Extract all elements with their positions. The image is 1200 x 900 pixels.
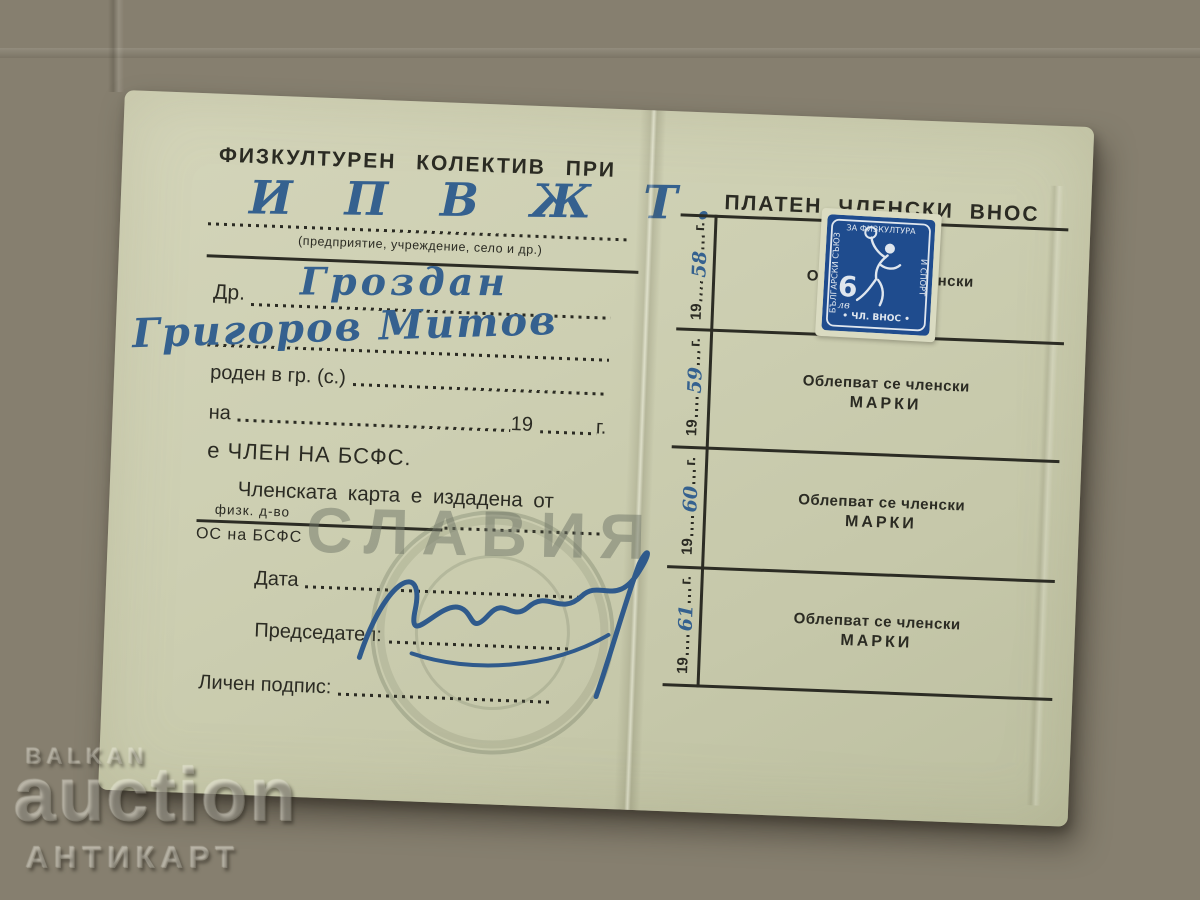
year-cell-1959: 1959г.: [678, 326, 705, 449]
year-suffix: г.: [596, 416, 607, 439]
background-crease-vertical: [108, 0, 124, 92]
date-row: на 19 г.: [208, 401, 607, 439]
stamp-right-text: И СПОРТ: [917, 259, 929, 297]
year-prefix: 19: [683, 419, 701, 436]
year-prefix: 19: [688, 303, 706, 320]
date-dotted-line: [238, 419, 511, 432]
on-label: на: [208, 401, 231, 425]
year-suffix: г.: [687, 338, 704, 348]
card-left-page: ФИЗКУЛТУРЕН КОЛЕКТИВ ПРИ И П В Ж Т. (пре…: [125, 90, 1094, 127]
stamps-word: МАРКИ: [840, 632, 912, 653]
member-family-name-handwritten: Григоров Митов: [131, 297, 558, 357]
year-dots: [695, 395, 699, 417]
background-crease-horizontal: [0, 48, 1200, 58]
member-of-bsfs-line: е ЧЛЕН НА БСФС.: [207, 437, 412, 471]
year-dots: [692, 468, 696, 484]
year-dots: [701, 233, 705, 249]
born-dotted-line: [353, 383, 608, 396]
date-label: Дата: [254, 567, 299, 592]
affix-stamps-text: Облепват се членски: [798, 491, 966, 514]
affix-stamps-text: Облепват се членски: [802, 372, 970, 395]
year-dots: [697, 349, 701, 365]
photo-background: ФИЗКУЛТУРЕН КОЛЕКТИВ ПРИ И П В Ж Т. (пре…: [0, 0, 1200, 900]
membership-card: ФИЗКУЛТУРЕН КОЛЕКТИВ ПРИ И П В Ж Т. (пре…: [98, 90, 1094, 827]
fee-row-1960: Облепват се членски МАРКИ: [711, 447, 1051, 580]
stamp-value: 6: [837, 270, 858, 304]
membership-fee-stamp: БЪЛГАРСКИ СЪЮЗ ЗА ФИЗКУЛТУРА И СПОРТ 6 л…: [821, 214, 935, 336]
personal-signature-label: Личен подпис:: [198, 671, 332, 699]
born-in-row: роден в гр. (с.): [210, 361, 609, 399]
chairman-signature: [343, 529, 700, 727]
card-right-page: ПЛАТЕН ЧЛЕНСКИ ВНОС 1958г. 1959г. 1960г.…: [125, 90, 1094, 127]
year-suffix: г.: [691, 222, 708, 232]
watermark-line-2: auction: [14, 752, 298, 839]
dr-label: Др.: [213, 281, 246, 306]
affix-stamps-text: Облепват се членски: [793, 610, 961, 633]
watermark-line-3: АНТИКАРТ: [26, 840, 241, 876]
stamps-word: МАРКИ: [845, 513, 917, 534]
fee-row-1961: Облепват се членски МАРКИ: [707, 567, 1047, 698]
year-value-handwritten: 58: [692, 251, 707, 278]
organization-handwritten-value: И П В Ж Т.: [249, 170, 670, 229]
year-cell-1958: 1958г.: [682, 210, 709, 333]
year-dots: [699, 280, 703, 302]
stamps-word: МАРКИ: [849, 394, 921, 415]
year-dotted-line: [540, 430, 596, 435]
year-value-handwritten: 59: [688, 367, 703, 394]
member-first-name-handwritten: Гроздан: [300, 259, 509, 305]
year-suffix: г.: [682, 457, 699, 467]
year-prefix: 19: [510, 413, 533, 437]
fee-row-1959: Облепват се членски МАРКИ: [716, 329, 1056, 460]
born-label: роден в гр. (с.): [210, 361, 347, 389]
stamp-currency: лв: [837, 300, 850, 312]
